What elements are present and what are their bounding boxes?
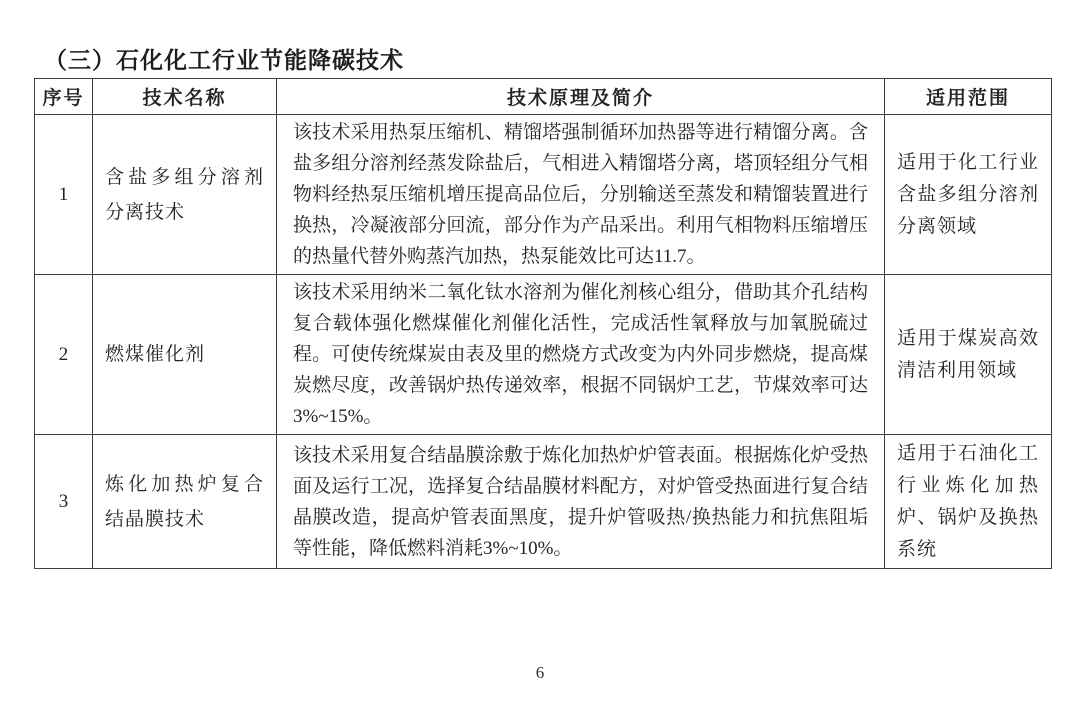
- header-technology-name: 技术名称: [93, 79, 277, 115]
- table-row: 2 燃煤催化剂 该技术采用纳米二氧化钛水溶剂为催化剂核心组分，借助其介孔结构复合…: [35, 275, 1052, 435]
- row-number-cell: 2: [35, 275, 93, 435]
- tech-name-cell: 含盐多组分溶剂分离技术: [93, 115, 277, 275]
- principle-cell: 该技术采用纳米二氧化钛水溶剂为催化剂核心组分，借助其介孔结构复合载体强化燃煤催化…: [277, 275, 885, 435]
- principle-cell: 该技术采用复合结晶膜涂敷于炼化加热炉炉管表面。根据炼化炉受热面及运行工况，选择复…: [277, 435, 885, 569]
- header-application-scope: 适用范围: [885, 79, 1052, 115]
- document-page: （三）石化化工行业节能降碳技术 序号 技术名称 技术原理及简介 适用范围 1 含…: [0, 0, 1080, 704]
- row-number-cell: 3: [35, 435, 93, 569]
- page-number: 6: [0, 663, 1080, 683]
- scope-cell: 适用于石油化工行业炼化加热炉、锅炉及换热系统: [885, 435, 1052, 569]
- tech-name-cell: 燃煤催化剂: [93, 275, 277, 435]
- scope-cell: 适用于化工行业含盐多组分溶剂分离领域: [885, 115, 1052, 275]
- header-principle-intro: 技术原理及简介: [277, 79, 885, 115]
- principle-cell: 该技术采用热泵压缩机、精馏塔强制循环加热器等进行精馏分离。含盐多组分溶剂经蒸发除…: [277, 115, 885, 275]
- technology-table: 序号 技术名称 技术原理及简介 适用范围 1 含盐多组分溶剂分离技术 该技术采用…: [34, 78, 1052, 569]
- table-row: 1 含盐多组分溶剂分离技术 该技术采用热泵压缩机、精馏塔强制循环加热器等进行精馏…: [35, 115, 1052, 275]
- tech-name-cell: 炼化加热炉复合结晶膜技术: [93, 435, 277, 569]
- table-row: 3 炼化加热炉复合结晶膜技术 该技术采用复合结晶膜涂敷于炼化加热炉炉管表面。根据…: [35, 435, 1052, 569]
- table-header-row: 序号 技术名称 技术原理及简介 适用范围: [35, 79, 1052, 115]
- header-serial-number: 序号: [35, 79, 93, 115]
- row-number-cell: 1: [35, 115, 93, 275]
- scope-cell: 适用于煤炭高效清洁利用领域: [885, 275, 1052, 435]
- section-title: （三）石化化工行业节能降碳技术: [44, 42, 404, 75]
